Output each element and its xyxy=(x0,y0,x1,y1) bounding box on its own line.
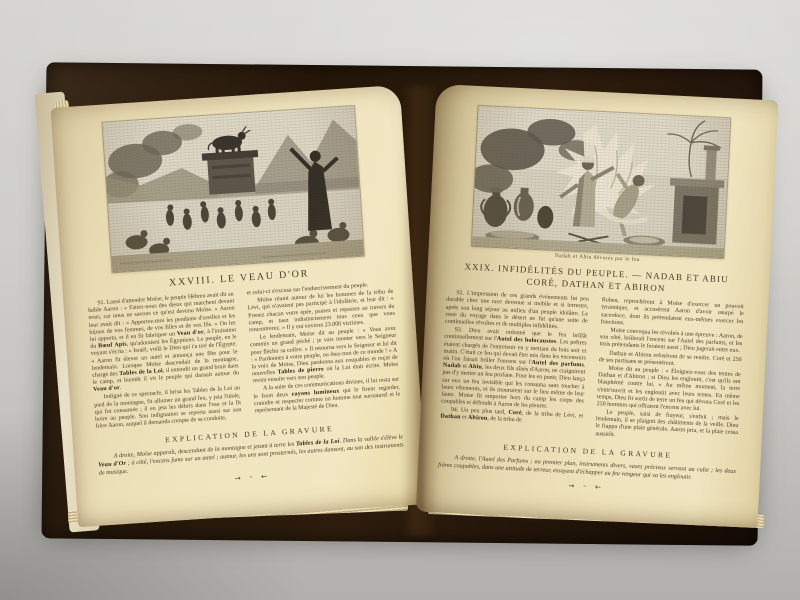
engraving-nadab-abiu xyxy=(472,106,731,258)
page-left: XXVIII. LE VEAU D'OR 91. Lassé d'attendr… xyxy=(50,85,427,527)
paragraph: Moïse dit au peuple : « Éloignez-vous de… xyxy=(597,365,741,415)
text-columns-left: 91. Lassé d'attendre Moïse, le peuple Hé… xyxy=(87,281,401,432)
left-page-column-1: 91. Lassé d'attendre Moïse, le peuple Hé… xyxy=(87,291,242,432)
page-left-content: XXVIII. LE VEAU D'OR 91. Lassé d'attendr… xyxy=(50,85,427,527)
right-page-column-1: 92. L'impression de ces grands événement… xyxy=(440,290,589,438)
golden-calf-engraving-svg xyxy=(103,106,364,272)
left-page-column-2: et celui-ci s'excusa sur l'endurcissemen… xyxy=(246,281,401,422)
paragraph: Le peuple, saisi de frayeur, s'enfuit ; … xyxy=(595,409,739,445)
altar-of-perfumes xyxy=(667,178,724,245)
paragraph: Le lendemain, Moïse dit au peuple : « Vo… xyxy=(249,326,399,386)
open-book: XXVIII. LE VEAU D'OR 91. Lassé d'attendr… xyxy=(30,52,775,557)
paragraph-91: 91. Lassé d'attendre Moïse, le peuple Hé… xyxy=(87,291,239,394)
right-page-column-2: Ruben, reprochèrent à Moïse d'exercer un… xyxy=(595,298,744,446)
page-right: Nadab et Abiu dévorés par le feu XXIX. I… xyxy=(416,84,778,528)
engraving-golden-calf xyxy=(103,106,364,272)
nadab-abiu-engraving-svg xyxy=(472,106,731,258)
page-right-content: Nadab et Abiu dévorés par le feu XXIX. I… xyxy=(416,84,778,528)
text-columns-right: 92. L'impression de ces grands événement… xyxy=(440,290,745,446)
paragraph-92: 92. L'impression de ces grands événement… xyxy=(445,290,589,333)
desk-surface: XXVIII. LE VEAU D'OR 91. Lassé d'attendr… xyxy=(0,0,800,600)
altar-pedestal xyxy=(202,150,261,195)
paragraph-93: 93. Dieu avait ordonné que le feu brûlât… xyxy=(441,327,587,413)
